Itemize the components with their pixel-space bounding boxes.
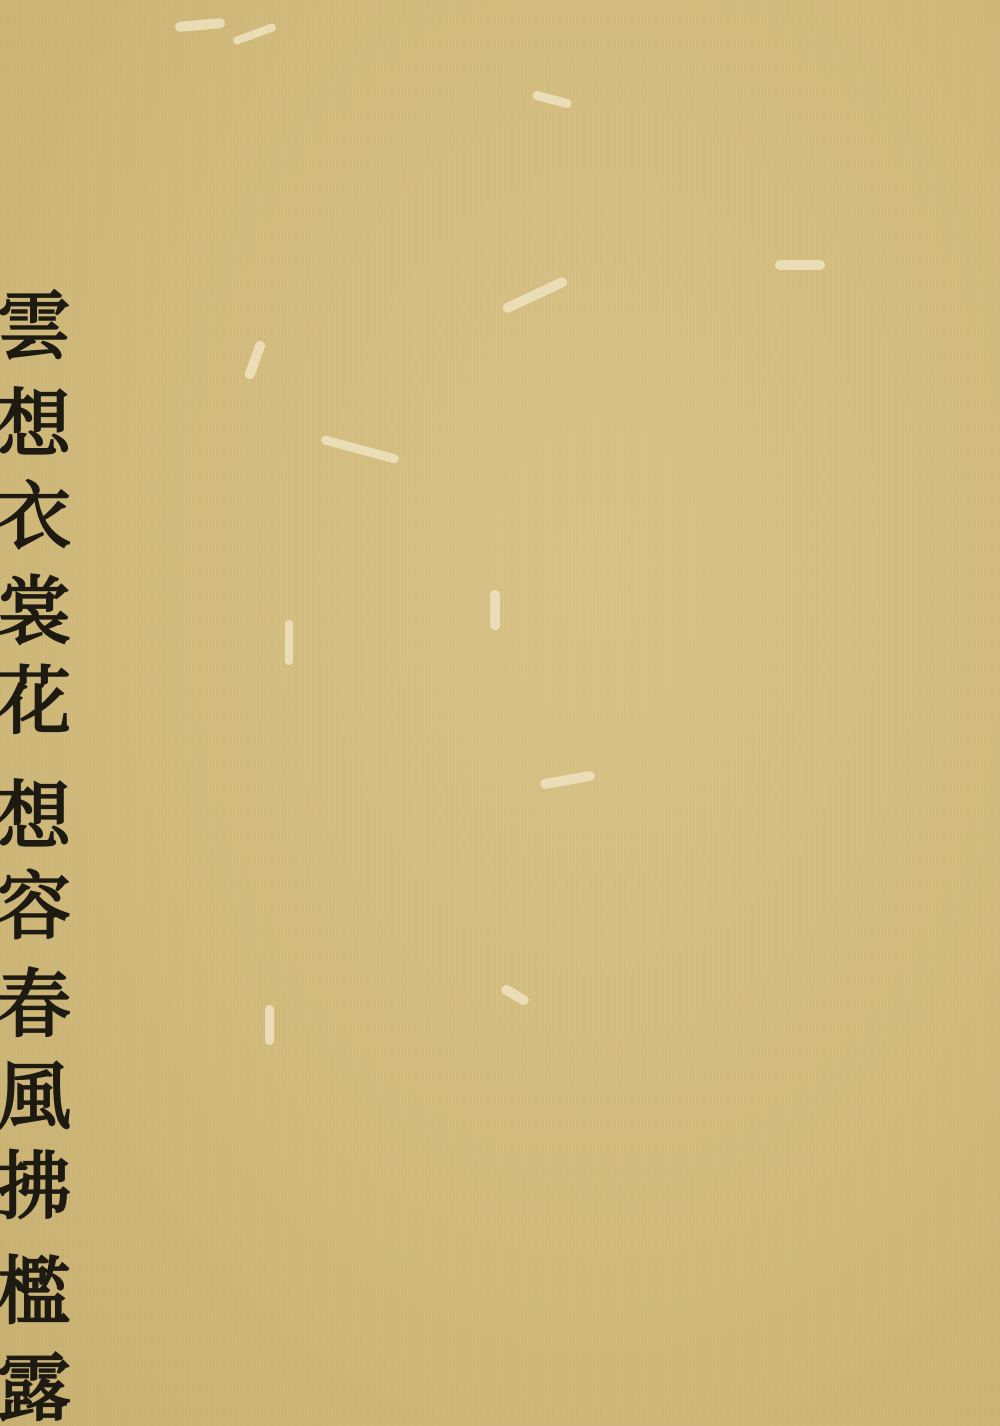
silk-damage-mark: [500, 983, 531, 1007]
silk-damage-mark: [775, 260, 825, 270]
silk-damage-mark: [490, 590, 500, 630]
calligraphy-character: 春: [0, 968, 82, 1042]
silk-damage-mark: [540, 770, 596, 789]
calligraphy-character: 衣: [0, 480, 82, 554]
calligraphy-character: 雲: [0, 290, 82, 364]
silk-damage-mark: [175, 18, 226, 32]
silk-scroll: 雲 想 衣 裳 花 想 容 春 風 拂 檻 露: [0, 0, 1000, 1426]
calligraphy-character: 裳: [0, 575, 82, 649]
silk-damage-mark: [232, 23, 277, 46]
calligraphy-character: 容: [0, 870, 82, 944]
silk-damage-mark: [320, 435, 400, 464]
silk-damage-mark: [532, 90, 573, 109]
silk-damage-mark: [501, 276, 569, 315]
calligraphy-character: 想: [0, 780, 82, 854]
calligraphy-character: 花: [0, 665, 82, 739]
silk-damage-mark: [265, 1005, 274, 1045]
calligraphy-character: 風: [0, 1060, 82, 1134]
calligraphy-character: 拂: [0, 1150, 82, 1224]
silk-damage-mark: [285, 620, 293, 665]
calligraphy-character: 檻: [0, 1255, 82, 1329]
silk-damage-mark: [243, 339, 266, 380]
calligraphy-character: 想: [0, 388, 82, 462]
calligraphy-character: 露: [0, 1352, 82, 1426]
